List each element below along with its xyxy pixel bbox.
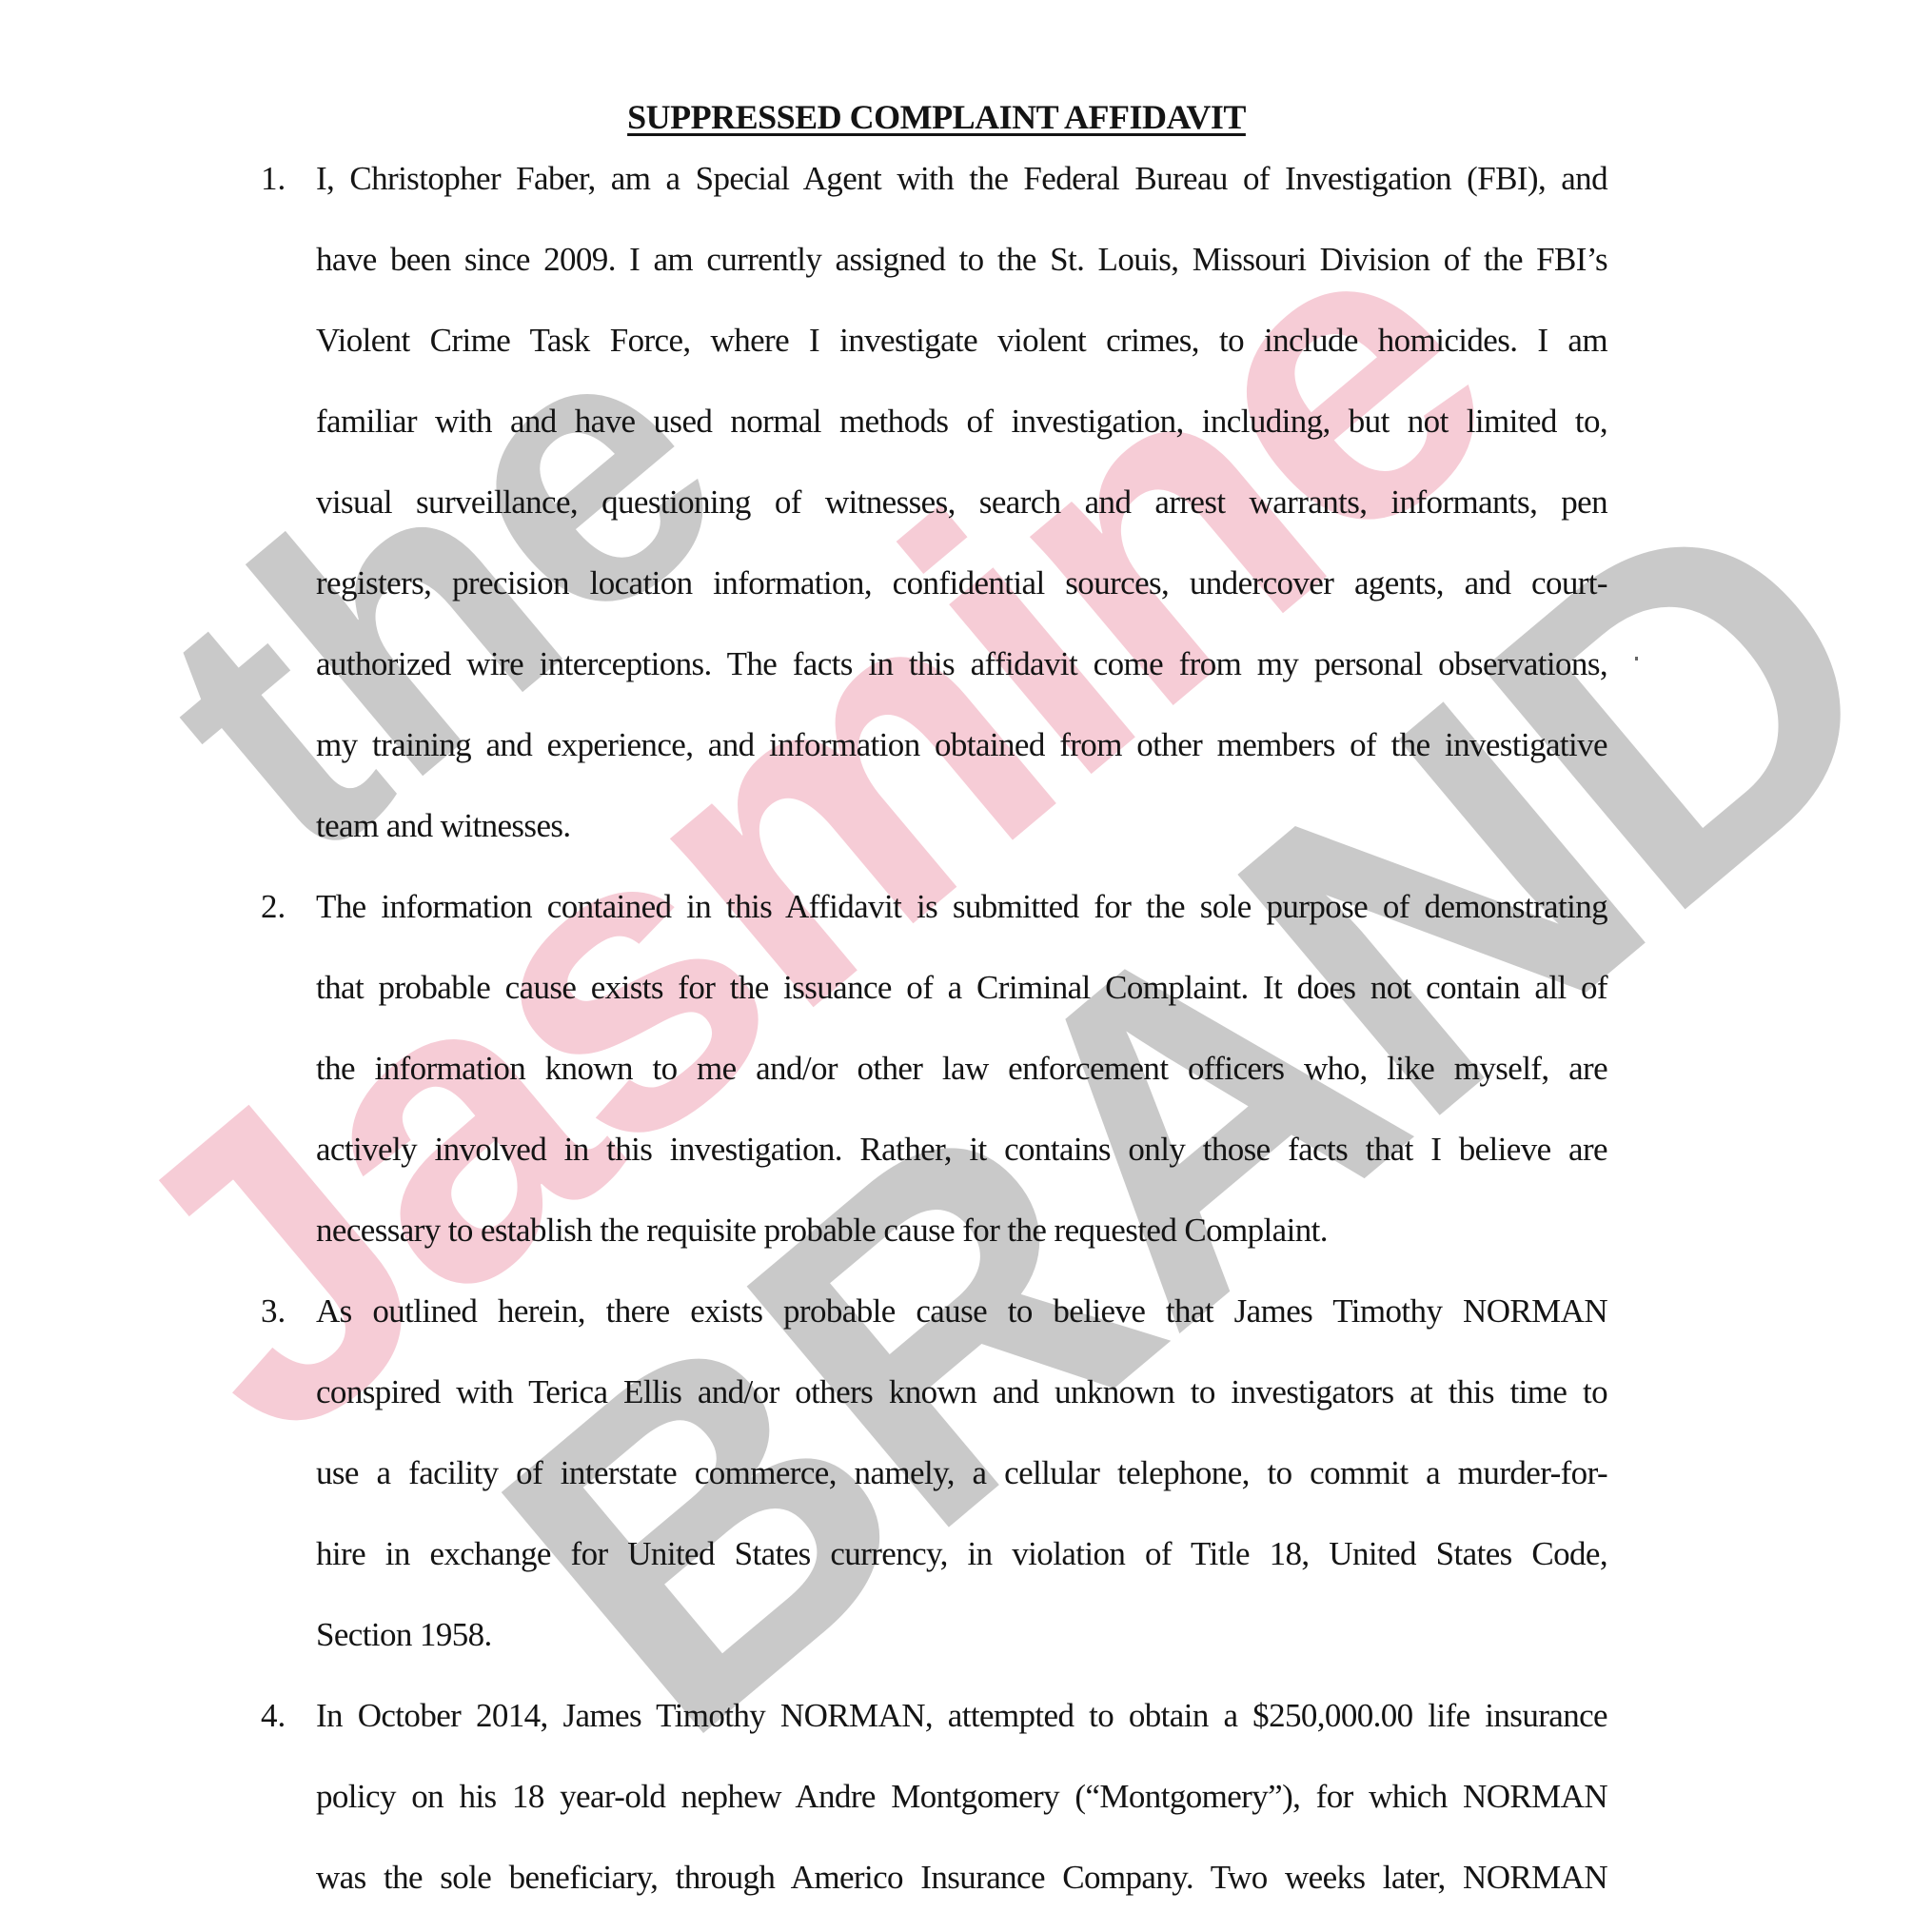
paragraph-line: hire in exchange for United States curre… bbox=[316, 1533, 1607, 1575]
document-title: SUPPRESSED COMPLAINT AFFIDAVIT bbox=[0, 97, 1873, 137]
paragraph-number: 2. bbox=[261, 886, 286, 928]
paragraph-line: actively involved in this investigation.… bbox=[316, 1129, 1607, 1171]
paragraph-line: authorized wire interceptions. The facts… bbox=[316, 643, 1607, 685]
paragraph-number: 1. bbox=[261, 158, 286, 200]
paragraph-line: have been since 2009. I am currently ass… bbox=[316, 239, 1607, 281]
paragraph-line: necessary to establish the requisite pro… bbox=[316, 1210, 1607, 1252]
paragraph-line: visual surveillance, questioning of witn… bbox=[316, 482, 1607, 523]
paragraph-line: my training and experience, and informat… bbox=[316, 724, 1607, 766]
paragraph-line: Violent Crime Task Force, where I invest… bbox=[316, 320, 1607, 362]
paragraph-line: registers, precision location informatio… bbox=[316, 562, 1607, 604]
paragraph-line: was the sole beneficiary, through Americ… bbox=[316, 1857, 1607, 1899]
paragraph-line: conspired with Terica Ellis and/or other… bbox=[316, 1371, 1607, 1413]
paragraph-line: policy on his 18 year-old nephew Andre M… bbox=[316, 1776, 1607, 1818]
document-page: SUPPRESSED COMPLAINT AFFIDAVIT 1.I, Chri… bbox=[0, 0, 1932, 1932]
paragraph-number: 4. bbox=[261, 1695, 286, 1737]
scan-artifact bbox=[1635, 657, 1638, 660]
paragraph-line: Section 1958. bbox=[316, 1614, 1607, 1656]
paragraph-line: familiar with and have used normal metho… bbox=[316, 401, 1607, 443]
paragraph-line: the information known to me and/or other… bbox=[316, 1048, 1607, 1090]
paragraph-line: team and witnesses. bbox=[316, 805, 1607, 847]
paragraph-line: The information contained in this Affida… bbox=[316, 886, 1607, 928]
paragraph-line: use a facility of interstate commerce, n… bbox=[316, 1452, 1607, 1494]
paragraph-line: that probable cause exists for the issua… bbox=[316, 967, 1607, 1009]
paragraph-line: In October 2014, James Timothy NORMAN, a… bbox=[316, 1695, 1607, 1737]
paragraph-line: I, Christopher Faber, am a Special Agent… bbox=[316, 158, 1607, 200]
paragraph-line: As outlined herein, there exists probabl… bbox=[316, 1291, 1607, 1332]
paragraph-number: 3. bbox=[261, 1291, 286, 1332]
